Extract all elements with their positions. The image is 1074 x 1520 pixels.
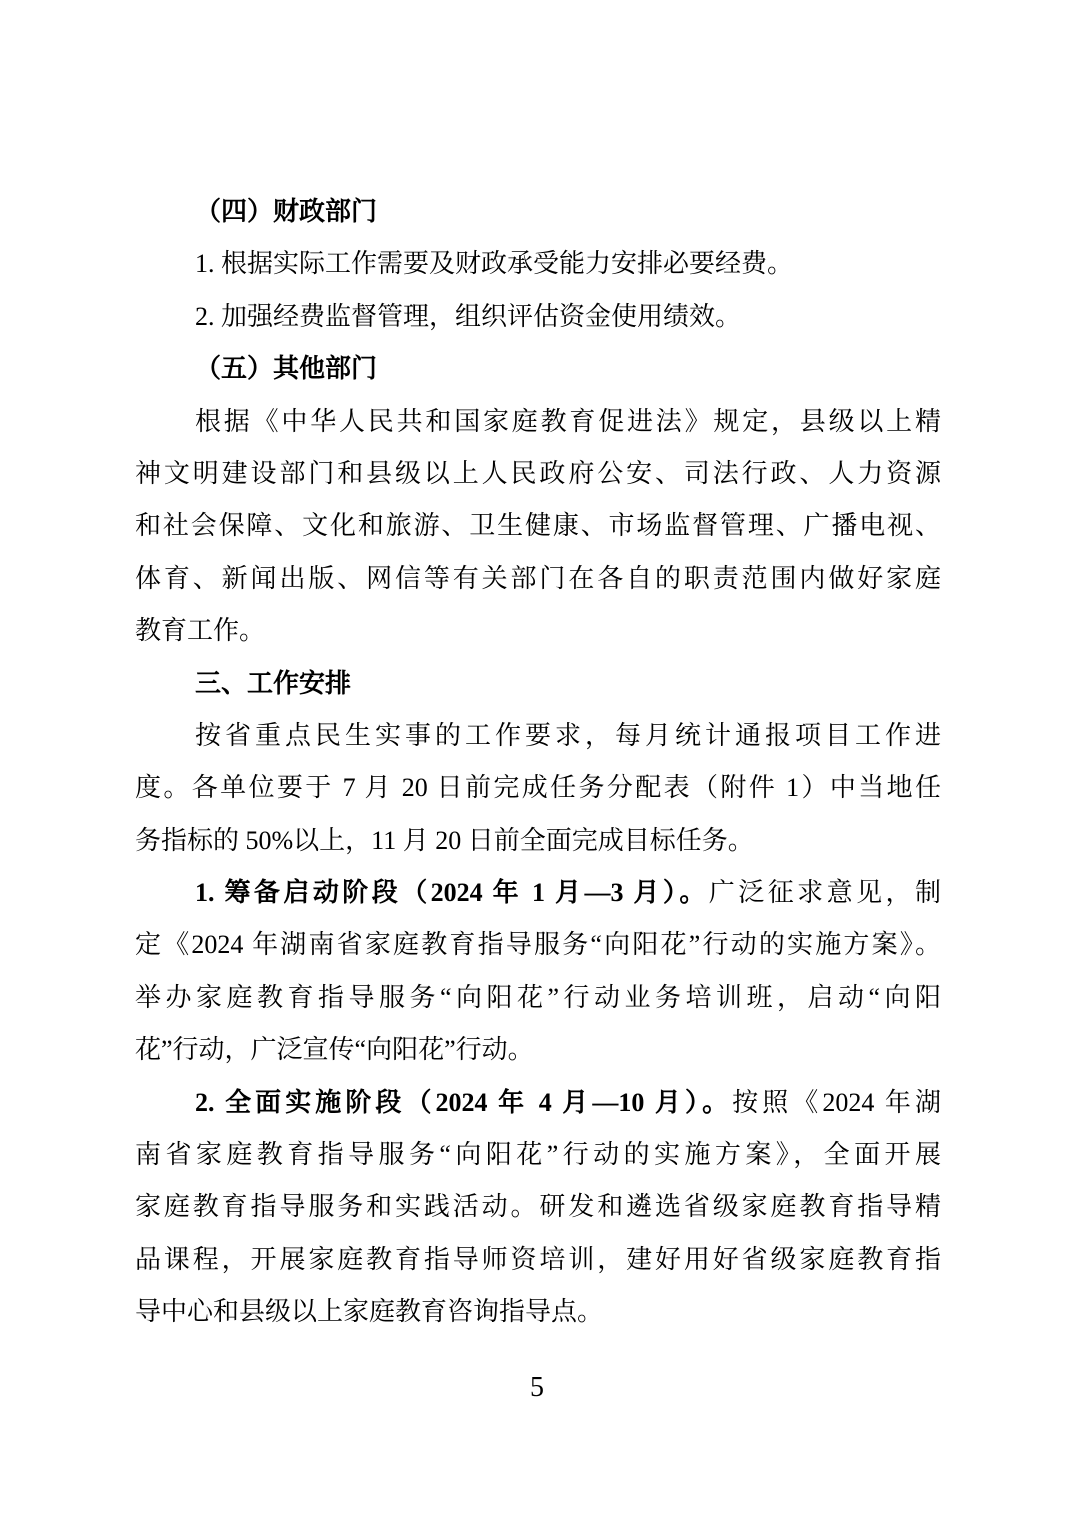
text-segment: 南省家庭教育指导服务“向阳花”行动的实施方案》，全面开展 <box>135 1140 941 1169</box>
text-segment: 和社会保障、文化和旅游、卫生健康、市场监督管理、广播电视、 <box>135 511 941 540</box>
text-line: 2. 加强经费监督管理，组织评估资金使用绩效。 <box>135 291 941 343</box>
text-line: 根据《中华人民共和国家庭教育促进法》规定，县级以上精 <box>135 396 941 448</box>
text-line: 神文明建设部门和县级以上人民政府公安、司法行政、人力资源 <box>135 448 941 500</box>
text-segment: 按照《2024 年湖 <box>732 1088 941 1117</box>
page-footer: 5 <box>0 1368 1074 1408</box>
text-line: 务指标的 50%以上，11 月 20 日前全面完成目标任务。 <box>135 815 941 867</box>
text-segment: 度。各单位要于 7 月 20 日前完成任务分配表（附件 1）中当地任 <box>135 773 941 802</box>
text-segment: 导中心和县级以上家庭教育咨询指导点。 <box>135 1297 603 1326</box>
text-line: 品课程，开展家庭教育指导师资培训，建好用好省级家庭教育指 <box>135 1234 941 1286</box>
text-line: 度。各单位要于 7 月 20 日前完成任务分配表（附件 1）中当地任 <box>135 762 941 814</box>
bold-text-segment: 2. 全面实施阶段（2024 年 4 月—10 月）。 <box>195 1088 732 1117</box>
bold-text-segment: 1. 筹备启动阶段（2024 年 1 月—3 月）。 <box>195 878 709 907</box>
document-body: （四）财政部门1. 根据实际工作需要及财政承受能力安排必要经费。2. 加强经费监… <box>135 186 941 1339</box>
text-line: 1. 根据实际工作需要及财政承受能力安排必要经费。 <box>135 238 941 290</box>
text-line: 体育、新闻出版、网信等有关部门在各自的职责范围内做好家庭 <box>135 553 941 605</box>
text-line: 教育工作。 <box>135 605 941 657</box>
text-segment: 神文明建设部门和县级以上人民政府公安、司法行政、人力资源 <box>135 459 941 488</box>
text-segment: 务指标的 50%以上，11 月 20 日前全面完成目标任务。 <box>135 826 754 855</box>
document-page: （四）财政部门1. 根据实际工作需要及财政承受能力安排必要经费。2. 加强经费监… <box>0 0 1074 1520</box>
text-line: 定《2024 年湖南省家庭教育指导服务“向阳花”行动的实施方案》。 <box>135 919 941 971</box>
text-line: 三、工作安排 <box>135 658 941 710</box>
text-segment: 根据《中华人民共和国家庭教育促进法》规定，县级以上精 <box>195 407 941 436</box>
text-segment: 按省重点民生实事的工作要求，每月统计通报项目工作进 <box>195 721 941 750</box>
text-segment: 举办家庭教育指导服务“向阳花”行动业务培训班，启动“向阳 <box>135 983 941 1012</box>
text-line: 1. 筹备启动阶段（2024 年 1 月—3 月）。广泛征求意见，制 <box>135 867 941 919</box>
text-line: 2. 全面实施阶段（2024 年 4 月—10 月）。按照《2024 年湖 <box>135 1077 941 1129</box>
text-line: 导中心和县级以上家庭教育咨询指导点。 <box>135 1286 941 1338</box>
text-segment: 家庭教育指导服务和实践活动。研发和遴选省级家庭教育指导精 <box>135 1192 941 1221</box>
text-segment: 教育工作。 <box>135 616 265 645</box>
bold-text-segment: 三、工作安排 <box>195 669 351 698</box>
bold-text-segment: （五）其他部门 <box>195 354 377 383</box>
text-line: （五）其他部门 <box>135 343 941 395</box>
text-segment: 花”行动，广泛宣传“向阳花”行动。 <box>135 1035 534 1064</box>
text-segment: 定《2024 年湖南省家庭教育指导服务“向阳花”行动的实施方案》。 <box>135 930 941 959</box>
text-line: 南省家庭教育指导服务“向阳花”行动的实施方案》，全面开展 <box>135 1129 941 1181</box>
page-number: 5 <box>530 1372 544 1403</box>
text-segment: 体育、新闻出版、网信等有关部门在各自的职责范围内做好家庭 <box>135 564 941 593</box>
text-line: （四）财政部门 <box>135 186 941 238</box>
text-segment: 广泛征求意见，制 <box>709 878 941 907</box>
text-line: 和社会保障、文化和旅游、卫生健康、市场监督管理、广播电视、 <box>135 500 941 552</box>
text-line: 按省重点民生实事的工作要求，每月统计通报项目工作进 <box>135 710 941 762</box>
text-segment: 2. 加强经费监督管理，组织评估资金使用绩效。 <box>195 302 741 331</box>
bold-text-segment: （四）财政部门 <box>195 197 377 226</box>
text-segment: 品课程，开展家庭教育指导师资培训，建好用好省级家庭教育指 <box>135 1245 941 1274</box>
text-line: 花”行动，广泛宣传“向阳花”行动。 <box>135 1024 941 1076</box>
text-line: 举办家庭教育指导服务“向阳花”行动业务培训班，启动“向阳 <box>135 972 941 1024</box>
text-line: 家庭教育指导服务和实践活动。研发和遴选省级家庭教育指导精 <box>135 1181 941 1233</box>
text-segment: 1. 根据实际工作需要及财政承受能力安排必要经费。 <box>195 249 793 278</box>
